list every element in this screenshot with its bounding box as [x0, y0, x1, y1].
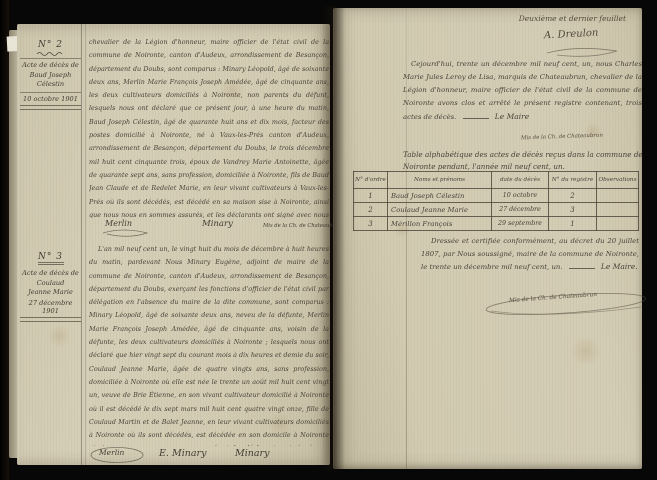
- cell-observations: [597, 217, 639, 231]
- table-row: 1 Baud Joseph Célestin 10 octobre 2: [354, 189, 639, 203]
- act-title-line: Baud Joseph: [20, 71, 81, 81]
- col-header-register: N° du registre: [549, 172, 597, 189]
- signature-marquis: Mis de la Ch. de Chateaubrun: [263, 223, 342, 229]
- act-title-line: Acte de décès de: [20, 269, 81, 279]
- col-header-order: N° d'ordre: [354, 172, 388, 189]
- margin-rule-line: [81, 24, 82, 465]
- signature-folio-paraph: A. Dreulon: [543, 28, 598, 42]
- act-title-line: Célestin: [20, 80, 81, 90]
- table-row: 3 Mérillon François 29 septembre 1: [354, 217, 639, 231]
- act-2-body-text: chevalier de la Légion d'honneur, maire …: [89, 36, 329, 218]
- certification-role: Le Maire.: [601, 262, 638, 271]
- col-header-date: date du décès: [492, 172, 549, 189]
- act-number: N° 3: [38, 252, 64, 265]
- table-title: Table alphabétique des actes de décès re…: [403, 149, 646, 172]
- margin-note-act-2: N° 2 Acte de décès de Baud Joseph Célest…: [20, 40, 81, 112]
- signature-minary: Minary: [202, 219, 233, 229]
- alphabetical-table: N° d'ordre Noms et prénoms date du décès…: [353, 171, 639, 231]
- table-row: 2 Coulaud Jeanne Marie 27 décembre 3: [354, 203, 639, 217]
- margin-divider: [20, 92, 81, 93]
- signature-merlin: Merlin: [105, 219, 132, 228]
- cell-register: 3: [549, 203, 597, 217]
- cell-observations: [597, 189, 639, 203]
- paper-stain: [47, 324, 71, 348]
- act-3-body-text: L'an mil neuf cent un, le vingt huit du …: [89, 243, 329, 446]
- paper-stain: [568, 338, 604, 364]
- cell-register: 1: [549, 217, 597, 231]
- cell-date: 27 décembre: [492, 203, 549, 217]
- signature-oval-flourish: [89, 446, 145, 464]
- act-date: 10 octobre 1901: [20, 95, 81, 103]
- cell-name: Baud Joseph Célestin: [388, 189, 492, 203]
- squiggle-flourish: [36, 50, 66, 56]
- act-title-line: Acte de décès de: [20, 61, 81, 71]
- death-acts-table: N° d'ordre Noms et prénoms date du décès…: [353, 171, 639, 231]
- cell-order: 2: [354, 203, 388, 217]
- cell-observations: [597, 203, 639, 217]
- scanned-register-photo: N° 2 Acte de décès de Baud Joseph Célest…: [0, 0, 657, 480]
- register-right-page: Deuxième et dernier feuillet A. Dreulon …: [333, 8, 642, 469]
- closing-role: Le Maire: [495, 112, 529, 121]
- act-number: N° 2: [20, 40, 81, 50]
- cell-date: 10 octobre: [492, 189, 549, 203]
- signature-marquis-small: Mis de la Ch. de Chateaubrun: [521, 133, 603, 142]
- margin-note-act-3: N° 3 Acte de décès de Coulaud Jeanne Mar…: [20, 252, 81, 324]
- margin-double-rule: [20, 317, 81, 322]
- paraph-flourish: [545, 48, 625, 58]
- book-cover-edge: [0, 0, 9, 480]
- cell-order: 1: [354, 189, 388, 203]
- cell-name: Coulaud Jeanne Marie: [388, 203, 492, 217]
- act-2-signatures: Merlin Minary Mis de la Ch. de Chateaubr…: [17, 219, 330, 241]
- cell-date: 29 septembre: [492, 217, 549, 231]
- dash-leader: [463, 114, 489, 119]
- folio-note: Deuxième et dernier feuillet: [519, 14, 626, 23]
- register-closing-paragraph: Cejourd'hui, trente un décembre mil neuf…: [403, 58, 642, 124]
- margin-rule-line-secondary: [85, 24, 86, 465]
- col-header-observations: Observations: [597, 172, 639, 189]
- certification-paragraph: Dressée et certifiée conformément, au dé…: [421, 235, 639, 274]
- act-title-line: Coulaud: [20, 279, 81, 289]
- cell-register: 2: [549, 189, 597, 203]
- act-date: 27 décembre 1901: [20, 299, 81, 315]
- cell-name: Mérillon François: [388, 217, 492, 231]
- signature-oval-flourish: [481, 287, 651, 321]
- register-left-page: N° 2 Acte de décès de Baud Joseph Célest…: [17, 24, 330, 465]
- dash-leader: [569, 264, 595, 269]
- act-title-line: Jeanne Marie: [20, 288, 81, 298]
- margin-double-rule: [20, 105, 81, 110]
- act-title: Acte de décès de Coulaud Jeanne Marie: [20, 269, 81, 298]
- act-title: Acte de décès de Baud Joseph Célestin: [20, 61, 81, 90]
- act-3-signatures: Merlin E. Minary Minary: [17, 448, 330, 466]
- signature-flourish: [101, 229, 151, 237]
- certification-signature-block: Mis de la Ch. de Chateaubrun: [481, 287, 651, 321]
- col-header-names: Noms et prénoms: [388, 172, 492, 189]
- signature-minary: Minary: [235, 448, 269, 459]
- margin-divider: [20, 58, 81, 59]
- signature-e-minary: E. Minary: [159, 448, 206, 459]
- cell-order: 3: [354, 217, 388, 231]
- table-header-row: N° d'ordre Noms et prénoms date du décès…: [354, 172, 639, 189]
